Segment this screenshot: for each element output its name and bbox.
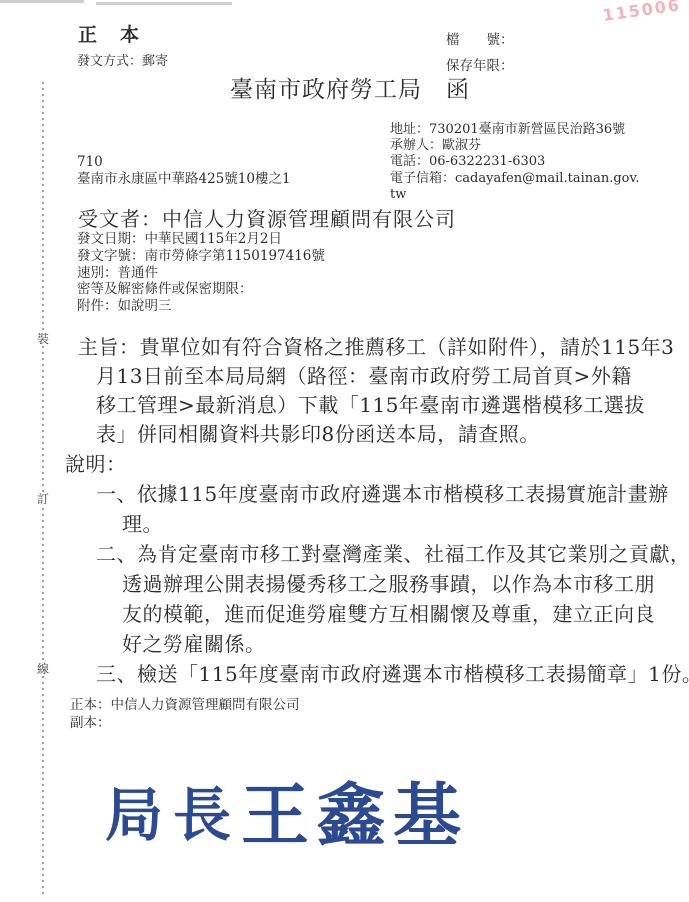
file-number-label: 檔 號： bbox=[446, 27, 514, 53]
recipient-street-address: 臺南市永康區中華路425號10樓之1 bbox=[77, 171, 291, 188]
subject-line-4: 表」併同相關資料共影印8份函送本局，請查照。 bbox=[96, 418, 540, 447]
subject-line-3: 移工管理>最新消息）下載「115年臺南市遴選楷模移工選拔 bbox=[96, 389, 645, 418]
agency-email-continued: tw bbox=[390, 187, 640, 203]
explanation-item1-line2: 理。 bbox=[122, 508, 163, 537]
recipient-postal-code: 710 bbox=[77, 154, 291, 171]
signature-name: 王鑫基 bbox=[241, 776, 469, 856]
explanation-item1-line1: 一、依據115年度臺南市政府遴選本市楷模移工表揚實施計畫辦 bbox=[96, 478, 669, 507]
document-title: 臺南市政府勞工局 函 bbox=[230, 71, 470, 104]
scan-artifact bbox=[0, 0, 84, 3]
distribution-original: 正本：中信人力資源管理顧問有限公司 bbox=[70, 696, 300, 714]
subject-text: 貴單位如有符合資格之推薦移工（詳如附件），請於115年3 bbox=[140, 335, 675, 359]
recipient-address-block: 710 臺南市永康區中華路425號10樓之1 bbox=[77, 154, 291, 188]
agency-contact-person: 承辦人：歐淑芬 bbox=[390, 138, 640, 154]
agency-address: 地址：730201臺南市新營區民治路36號 bbox=[390, 122, 640, 138]
subject-line-2: 月13日前至本局局網（路徑：臺南市政府勞工局首頁>外籍 bbox=[96, 360, 632, 389]
binding-dotted-line bbox=[42, 82, 44, 898]
document-meta-block: 發文日期：中華民國115年2月2日 發文字號：南市勞條字第1150197416號… bbox=[77, 231, 325, 315]
distribution-block: 正本：中信人力資源管理顧問有限公司 副本： bbox=[70, 696, 300, 732]
attachment-note: 附件：如說明三 bbox=[77, 298, 325, 315]
explanation-item2-line4: 好之勞雇關係。 bbox=[122, 628, 266, 657]
signature-title: 局長 bbox=[105, 781, 241, 849]
explanation-label: 說明： bbox=[65, 448, 127, 477]
recipient-line: 受文者：中信人力資源管理顧問有限公司 bbox=[78, 203, 456, 232]
scan-artifact bbox=[96, 2, 232, 5]
scanned-official-letter: 裝 訂 線 115006 正 本 發文方式：郵寄 檔 號： 保存年限： 臺南市政… bbox=[0, 0, 689, 902]
security-class: 密等及解密條件或保密期限： bbox=[77, 281, 325, 298]
handwritten-file-number: 115006 bbox=[601, 0, 682, 25]
speed-class: 速別：普通件 bbox=[77, 265, 325, 282]
issue-date: 發文日期：中華民國115年2月2日 bbox=[77, 231, 325, 248]
subject-line-1: 主旨：貴單位如有符合資格之推薦移工（詳如附件），請於115年3 bbox=[78, 331, 674, 360]
issue-number: 發文字號：南市勞條字第1150197416號 bbox=[77, 248, 325, 265]
delivery-method-label: 發文方式：郵寄 bbox=[77, 50, 168, 69]
agency-email: 電子信箱：cadayafen@mail.tainan.gov. bbox=[390, 171, 640, 187]
explanation-item2-line2: 透過辦理公開表揚優秀移工之服務事蹟，以作為本市移工朋 bbox=[122, 568, 655, 597]
subject-label: 主旨： bbox=[78, 335, 140, 359]
binding-mark-xian: 線 bbox=[34, 662, 52, 676]
explanation-item3-line1: 三、檢送「115年度臺南市政府遴選本市楷模移工表揚簡章」1份。 bbox=[96, 658, 689, 687]
agency-contact-block: 地址：730201臺南市新營區民治路36號 承辦人：歐淑芬 電話：06-6322… bbox=[390, 122, 640, 203]
explanation-item2-line1: 二、為肯定臺南市移工對臺灣產業、社福工作及其它業別之貢獻， bbox=[96, 538, 689, 567]
binding-mark-zhuang: 裝 bbox=[34, 332, 52, 346]
copy-type-label: 正 本 bbox=[78, 20, 141, 47]
binding-mark-ding: 訂 bbox=[34, 492, 52, 506]
distribution-copy: 副本： bbox=[70, 714, 300, 732]
agency-phone: 電話：06-6322231-6303 bbox=[390, 154, 640, 170]
explanation-item2-line3: 友的模範，進而促進勞雇雙方互相關懷及尊重，建立正向良 bbox=[122, 598, 655, 627]
director-signature: 局長王鑫基 bbox=[105, 762, 469, 859]
